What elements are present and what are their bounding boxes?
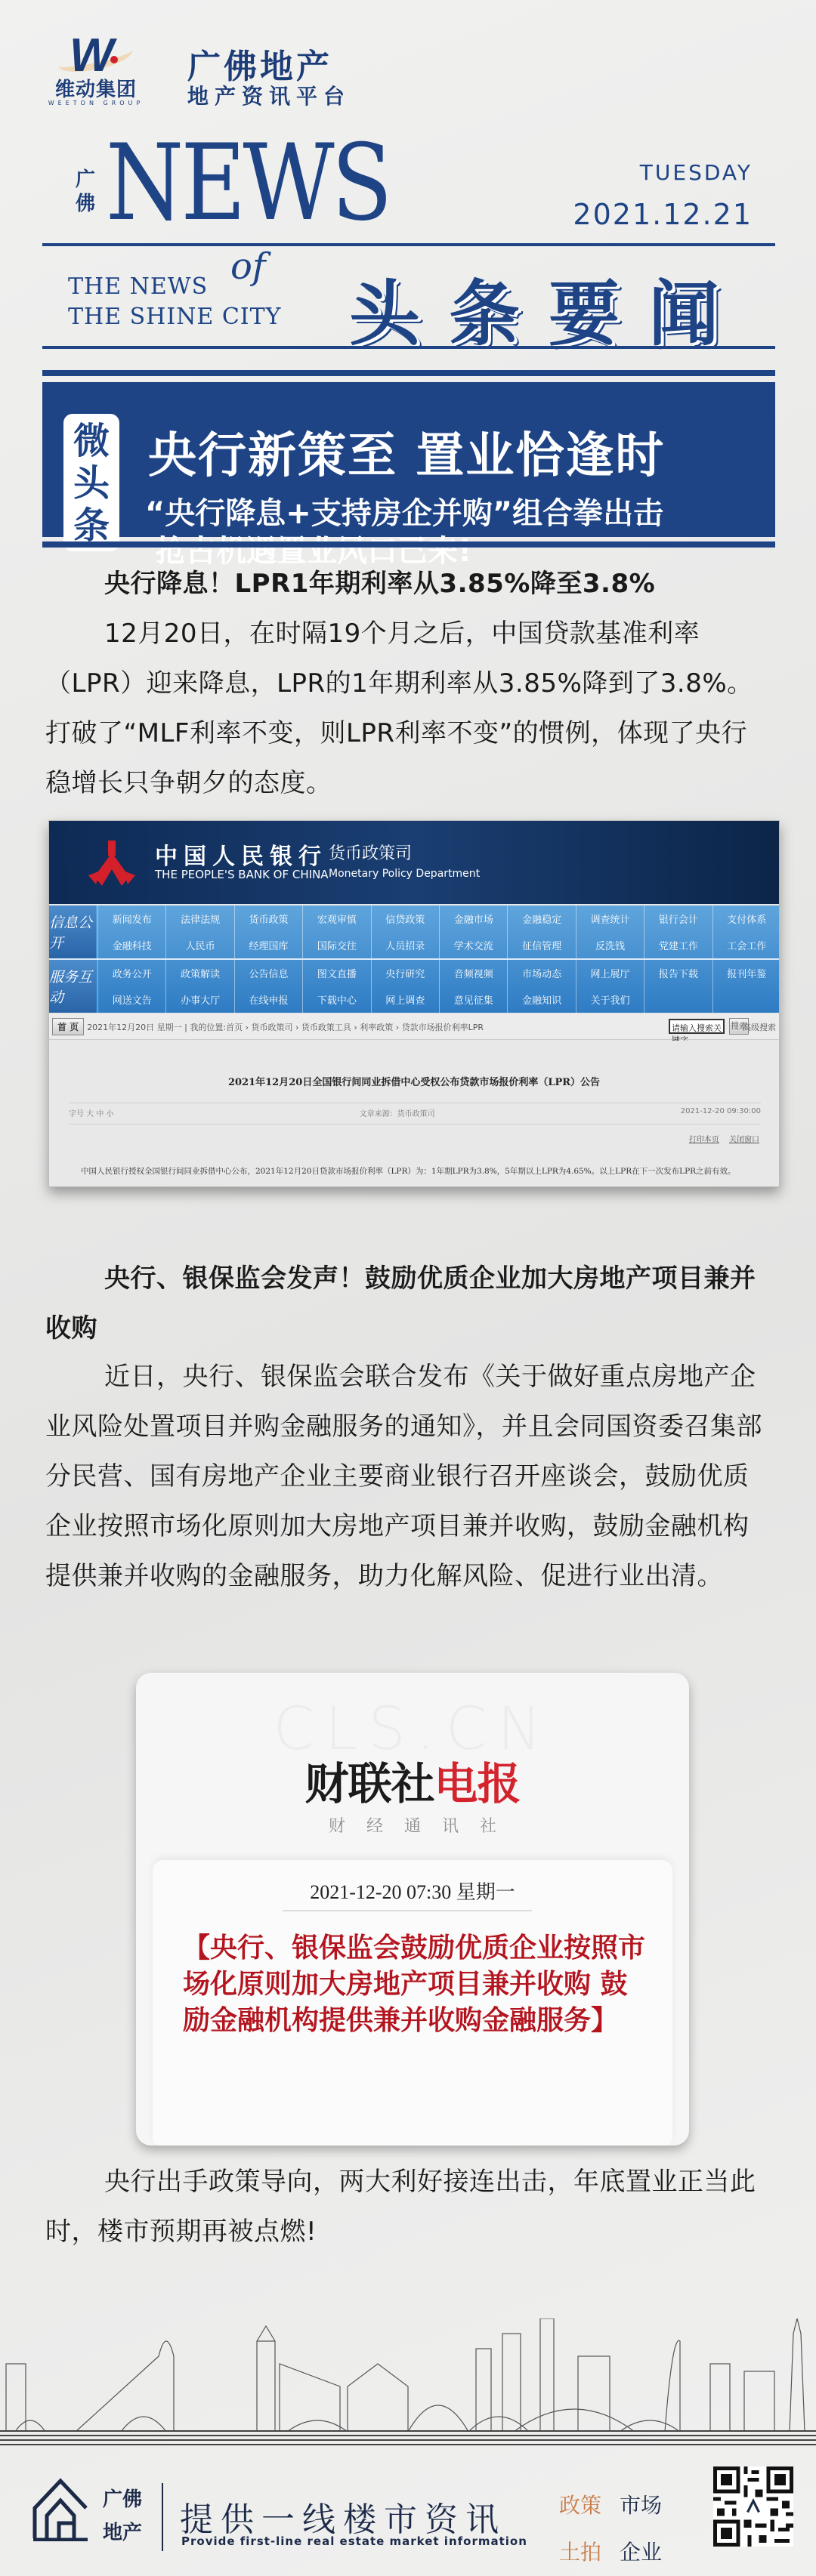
nav-item[interactable]: 学术交流 xyxy=(439,932,507,958)
nav-item[interactable]: 反洗钱 xyxy=(576,932,644,958)
weeton-group-logo: W 维动集团 WEETON GROUP xyxy=(47,29,145,112)
banner-subtitle-1: “央行降息+支持房企并购”组合拳出击 xyxy=(145,489,663,532)
nav-item[interactable]: 关于我们 xyxy=(576,986,644,1013)
footer-brand-line2: 地产 xyxy=(103,2516,142,2550)
group-name-en: WEETON GROUP xyxy=(47,100,145,106)
pboc-nav: 信息公开 新闻发布 法律法规 货币政策 宏观审慎 信贷政策 金融市场 金融稳定 … xyxy=(49,905,779,1013)
divider xyxy=(69,1124,761,1124)
nav-item[interactable]: 网送文告 xyxy=(97,986,165,1013)
nav-item[interactable]: 调查统计 xyxy=(576,905,644,932)
breadcrumb: 2021年12月20日 星期一 | 我的位置:首页 › 货币政策司 › 货币政策… xyxy=(87,1021,484,1033)
nav-item[interactable]: 公告信息 xyxy=(234,960,302,986)
news-masthead: NEWS xyxy=(106,130,390,235)
nav-item[interactable]: 国际交往 xyxy=(302,932,370,958)
footer-brand-line1: 广佛 xyxy=(103,2483,142,2516)
section2-heading: 央行、银保监会发声！鼓励优质企业加大房地产项目兼并收购 xyxy=(45,1254,771,1353)
notice-timestamp: 2021-12-20 09:30:00 xyxy=(681,1107,761,1118)
nav-item[interactable]: 央行研究 xyxy=(371,960,439,986)
nav-item[interactable]: 金融市场 xyxy=(439,905,507,932)
divider xyxy=(283,1910,532,1911)
search-input[interactable]: 请输入搜索关键字 xyxy=(669,1019,725,1034)
notice-source: 文章来源：货币政策司 xyxy=(360,1107,435,1118)
close-window-link[interactable]: 关闭窗口 xyxy=(729,1136,759,1144)
closing-paragraph: 央行出手政策导向，两大利好接连出击，年底置业正当此时，楼市预期再被点燃! xyxy=(45,2157,771,2257)
nav-item[interactable]: 下载中心 xyxy=(302,986,370,1013)
nav-item[interactable]: 金融科技 xyxy=(97,932,165,958)
notice-title: 2021年12月20日全国银行间同业拆借中心受权公布贷款市场报价利率（LPR）公… xyxy=(49,1074,779,1088)
nav-item-empty xyxy=(712,986,780,1013)
pboc-website-screenshot: 中国人民银行 THE PEOPLE'S BANK OF CHINA 货币政策司 … xyxy=(48,820,780,1187)
city-skyline-illustration xyxy=(0,2318,816,2432)
pboc-name-en: THE PEOPLE'S BANK OF CHINA xyxy=(155,868,329,881)
nav-item[interactable]: 宏观审慎 xyxy=(302,905,370,932)
nav-item[interactable]: 人员招录 xyxy=(371,932,439,958)
pboc-header: 中国人民银行 THE PEOPLE'S BANK OF CHINA 货币政策司 … xyxy=(49,821,779,904)
nav-item[interactable]: 在线申报 xyxy=(234,986,302,1013)
nav-item-empty xyxy=(644,986,712,1013)
nav-item[interactable]: 报告下载 xyxy=(644,960,712,986)
font-size-controls[interactable]: 字号 大 中 小 xyxy=(69,1107,114,1118)
tag-land-auction: 土拍 xyxy=(559,2536,620,2566)
news-of-script: of xyxy=(230,245,266,288)
telegraph-timestamp: 2021-12-20 07:30 星期一 xyxy=(153,1877,672,1905)
nav-item[interactable]: 图文直播 xyxy=(302,960,370,986)
nav-item[interactable]: 办事大厅 xyxy=(165,986,233,1013)
nav-item[interactable]: 报刊年鉴 xyxy=(712,960,780,986)
footer-tags: 政策 市场 土拍 企业 xyxy=(559,2489,680,2566)
nav-item[interactable]: 法律法规 xyxy=(165,905,233,932)
tag-market: 市场 xyxy=(620,2489,680,2519)
pboc-notice: 2021年12月20日全国银行间同业拆借中心受权公布贷款市场报价利率（LPR）公… xyxy=(49,1041,779,1187)
qr-code-icon[interactable] xyxy=(713,2466,793,2547)
pboc-breadcrumb-bar: 首 页 2021年12月20日 星期一 | 我的位置:首页 › 货币政策司 › … xyxy=(49,1014,779,1040)
nav-item[interactable]: 金融知识 xyxy=(507,986,575,1013)
nav-item[interactable]: 党建工作 xyxy=(644,932,712,958)
banner-title: 央行新策至 置业恰逢时 xyxy=(148,417,665,486)
pboc-dept-cn: 货币政策司 xyxy=(329,841,412,864)
section1-heading: 央行降息！LPR1年期利率从3.85%降至3.8% xyxy=(45,559,771,609)
notice-body: 中国人民银行授权全国银行间同业拆借中心公布，2021年12月20日贷款市场报价利… xyxy=(69,1162,761,1181)
divider xyxy=(69,1103,761,1103)
guangfo-property-logo-icon xyxy=(30,2473,91,2541)
waterline xyxy=(0,2430,816,2432)
nav-item[interactable]: 市场动态 xyxy=(507,960,575,986)
group-name-cn: 维动集团 xyxy=(47,74,145,102)
nav-item[interactable]: 网上调查 xyxy=(371,986,439,1013)
news-prefix: 广佛 xyxy=(76,168,98,216)
home-button[interactable]: 首 页 xyxy=(52,1018,84,1035)
pboc-dept-en: Monetary Policy Department xyxy=(329,868,480,880)
section1-body: 12月20日，在时隔19个月之后，中国贷款基准利率（LPR）迎来降息，LPR的1… xyxy=(45,609,771,808)
footer-slogan: 提供一线楼市资讯 xyxy=(180,2492,506,2541)
nav-item[interactable]: 经理国库 xyxy=(234,932,302,958)
tag-enterprise: 企业 xyxy=(620,2536,680,2566)
notice-meta: 字号 大 中 小 文章来源：货币政策司 2021-12-20 09:30:00 xyxy=(69,1107,761,1118)
nav-item[interactable]: 支付体系 xyxy=(712,905,780,932)
nav-item[interactable]: 意见征集 xyxy=(439,986,507,1013)
section-title: 头条要闻 xyxy=(349,257,748,359)
footer-slogan-en: Provide first-line real estate market in… xyxy=(181,2534,527,2548)
nav-group-label: 服务互动 xyxy=(49,960,96,1013)
telegraph-headline: 【央行、银保监会鼓励优质企业按照市场化原则加大房地产项目兼并收购 鼓励金融机构提… xyxy=(183,1930,651,2038)
advanced-search-link[interactable]: 高级搜索 xyxy=(743,1021,776,1033)
nav-item[interactable]: 人民币 xyxy=(165,932,233,958)
divider xyxy=(162,2483,163,2551)
print-link[interactable]: 打印本页 xyxy=(689,1136,719,1144)
nav-item[interactable]: 金融稳定 xyxy=(507,905,575,932)
pboc-name-cn: 中国人民银行 xyxy=(155,838,327,871)
cls-telegraph-body: 2021-12-20 07:30 星期一 【央行、银保监会鼓励优质企业按照市场化… xyxy=(153,1860,672,2146)
nav-grid-service: 政务公开 政策解读 公告信息 图文直播 央行研究 音频视频 市场动态 网上展厅 … xyxy=(97,960,780,1013)
nav-item[interactable]: 征信管理 xyxy=(507,932,575,958)
nav-item[interactable]: 网上展厅 xyxy=(576,960,644,986)
cls-logo-black: 财联社 xyxy=(304,1758,434,1809)
nav-item[interactable]: 政策解读 xyxy=(165,960,233,986)
nav-item[interactable]: 政务公开 xyxy=(97,960,165,986)
logo-dot-icon xyxy=(110,56,118,63)
waterline xyxy=(0,2435,816,2436)
nav-item[interactable]: 信贷政策 xyxy=(371,905,439,932)
cls-tagline: 财经通讯社 xyxy=(136,1813,689,1837)
issue-date: 2021.12.21 xyxy=(573,198,753,231)
divider xyxy=(42,346,775,349)
cls-logo-red: 电报 xyxy=(434,1758,521,1809)
pboc-emblem-icon xyxy=(85,839,138,887)
nav-item[interactable]: 银行会计 xyxy=(644,905,712,932)
cls-telegraph-card: CLS.CN 财联社电报 财经通讯社 2021-12-20 07:30 星期一 … xyxy=(136,1673,689,2146)
divider xyxy=(42,541,775,548)
section2-body: 近日，央行、银保监会联合发布《关于做好重点房地产企业风险处置项目并购金融服务的通… xyxy=(45,1352,771,1601)
divider xyxy=(42,370,775,376)
waterline xyxy=(0,2439,816,2441)
waterline xyxy=(0,2444,816,2445)
divider xyxy=(42,243,775,246)
notice-actions-top: 打印本页 关闭窗口 xyxy=(682,1133,759,1144)
micro-headline-badge: 微头条 xyxy=(63,414,119,551)
cls-logo: 财联社电报 xyxy=(136,1748,689,1812)
footer-brand: 广佛 地产 xyxy=(103,2483,142,2550)
tag-policy: 政策 xyxy=(559,2489,620,2519)
tagline-line1: THE NEWS xyxy=(68,273,208,300)
brand-subtitle: 地产资讯平台 xyxy=(187,80,351,110)
weekday: TUESDAY xyxy=(640,160,753,185)
nav-item[interactable]: 新闻发布 xyxy=(97,905,165,932)
nav-item[interactable]: 货币政策 xyxy=(234,905,302,932)
tagline-line2: THE SHINE CITY xyxy=(68,304,281,330)
nav-grid-info: 新闻发布 法律法规 货币政策 宏观审慎 信贷政策 金融市场 金融稳定 调查统计 … xyxy=(97,905,780,958)
nav-item[interactable]: 工会工作 xyxy=(712,932,780,958)
nav-item[interactable]: 音频视频 xyxy=(439,960,507,986)
nav-group-label: 信息公开 xyxy=(49,905,96,958)
